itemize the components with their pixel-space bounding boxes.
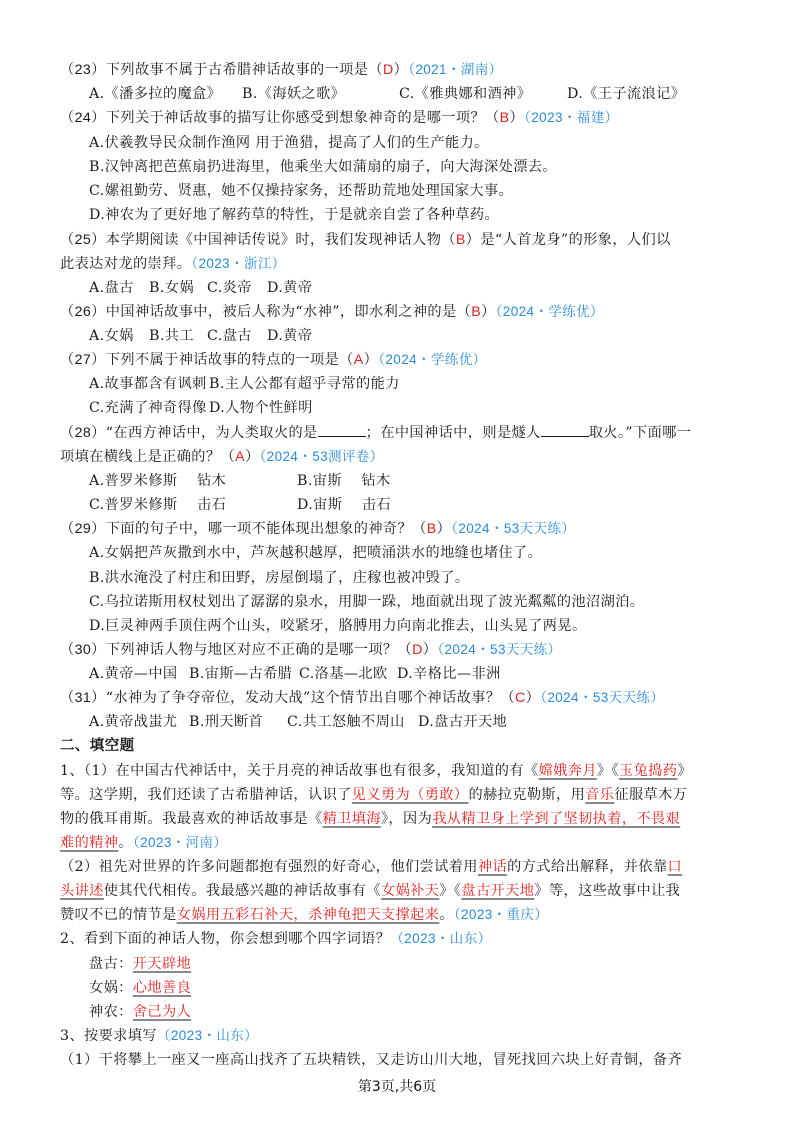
fill-item-shennong: 神农：舍己为人 <box>89 1000 742 1024</box>
question-25-cont: 此表达对龙的崇拜。（2023・浙江） <box>60 252 742 276</box>
option-a: A.黄帝战蚩尤 <box>89 710 189 734</box>
question-stem: 3、按要求填写 <box>60 1028 157 1044</box>
question-number: （31） <box>60 690 106 706</box>
answer-choice: D <box>412 642 423 658</box>
option-c: C.共工怒触不周山 <box>287 710 418 734</box>
source-tag: （2024・学练优） <box>496 304 604 319</box>
question-29: （29）下面的句子中，哪一项不能体现出想象的神奇？（B）（2024・53天天练） <box>60 517 742 541</box>
filled-answer: 盘古开天地 <box>461 883 534 899</box>
option-b: B.刑天断首 <box>189 710 287 734</box>
text-fragment: 的赫拉克勒斯，用 <box>468 787 585 803</box>
text-fragment: 的方式给出解释，并依靠 <box>507 859 667 875</box>
source-tag: （2021・湖南） <box>408 62 502 77</box>
question-stem: 2、看到下面的神话人物，你会想到哪个四字词语？ <box>60 931 390 947</box>
question-26: （26）中国神话故事中，被后人称为“水神”，即水利之神的是（B）（2024・学练… <box>60 300 742 324</box>
filled-answer: 女娲用五彩石补天，杀神龟把天支撑起来 <box>177 907 440 923</box>
source-tag: （2024・53测评卷） <box>260 449 384 464</box>
paren-close: ） <box>510 110 525 126</box>
fill-question-1-1-line4: 难的精神。（2023・河南） <box>60 831 742 855</box>
source-tag: （2023・河南） <box>133 835 227 850</box>
option-c: C.嫘祖勤劳、贤惠，她不仅操持家务，还帮助荒地处理国家大事。 <box>89 179 742 203</box>
option-a: A.《潘多拉的魔盒》 <box>89 82 242 106</box>
paren-close: ） <box>526 690 541 706</box>
question-stem-cont: 项填在横线上是正确的？（ <box>60 449 235 465</box>
question-stem: 下面的句子中，哪一项不能体现出想象的神奇？（ <box>106 521 427 537</box>
question-number: （24） <box>60 110 106 126</box>
paren-close: ） <box>245 449 260 465</box>
question-number: （29） <box>60 521 106 537</box>
question-stem: 本学期阅读《中国神话传说》时，我们发现神话人物（ <box>106 232 456 248</box>
question-27: （27）下列不属于神话故事的特点的一项是（A）（2024・学练优） <box>60 348 742 372</box>
source-tag: （2023・福建） <box>524 110 618 125</box>
option-c: C.盘古 <box>207 324 267 348</box>
paren-close: ） <box>481 304 496 320</box>
filled-answer: 神话 <box>478 859 507 875</box>
option-b: B.洪水淹没了村庄和田野，房屋倒塌了，庄稼也被冲毁了。 <box>89 566 742 590</box>
answer-choice: A <box>354 352 364 368</box>
text-fragment: 》，因为 <box>381 811 432 827</box>
option-d: D.《王子流浪记》 <box>567 82 685 106</box>
question-27-options-row1: A.故事都含有讽刺 B.主人公都有超乎寻常的能力 <box>89 372 742 396</box>
text-fragment: 》《 <box>439 883 461 899</box>
answer-choice: B <box>500 110 510 126</box>
fill-question-1-2-line2: 头讲述使其代代相传。我最感兴趣的神话故事有《女娲补天》《盘古开天地》等，这些故事… <box>60 879 742 903</box>
option-c: C.洛基—北欧 <box>299 662 397 686</box>
answer-choice: B <box>471 304 481 320</box>
text-fragment: 》 <box>677 763 692 779</box>
option-b: B.宙斯 钻木 <box>297 469 391 493</box>
option-d: D.黄帝 <box>267 324 312 348</box>
filled-answer: 开天辟地 <box>133 956 191 972</box>
question-30-options: A.黄帝—中国 B.宙斯—古希腊 C.洛基—北欧 D.辛格比—非洲 <box>89 662 742 686</box>
question-number: （25） <box>60 232 106 248</box>
text-fragment: 征服草木万 <box>614 787 687 803</box>
filled-answer: 头讲述 <box>60 883 104 899</box>
filled-answer: 口 <box>668 859 683 875</box>
text-fragment: 赞叹不已的情节是 <box>60 907 177 923</box>
filled-answer: 玉兔捣药 <box>619 763 677 779</box>
question-number: （26） <box>60 304 106 320</box>
question-stem: “水神为了争夺帝位，发动大战”这个情节出自哪个神话故事？（ <box>106 690 515 706</box>
question-stem-after: ）是“人首龙身”的形象，人们以 <box>466 232 671 248</box>
option-a: A.伏羲教导民众制作渔网 用于渔猎，提高了人们的生产能力。 <box>89 131 742 155</box>
paren-close: ） <box>364 352 379 368</box>
filled-answer: 音乐 <box>585 787 614 803</box>
answer-choice: B <box>456 232 466 248</box>
filled-answer: 我从精卫身上学到了坚韧执着，不畏艰 <box>432 811 680 827</box>
option-d: D.宙斯 击石 <box>297 493 391 517</box>
paren-close: ） <box>437 521 452 537</box>
text-fragment: 。 <box>118 835 133 851</box>
option-b: B.宙斯—古希腊 <box>189 662 299 686</box>
option-b: B.女娲 <box>149 276 207 300</box>
filled-answer: 舍己为人 <box>133 1004 191 1020</box>
option-a: A.盘古 <box>89 276 149 300</box>
option-c: C.普罗米修斯 击石 <box>89 493 297 517</box>
text-fragment: 。 <box>439 907 454 923</box>
question-number: （23） <box>60 62 106 78</box>
filled-answer: 难的精神 <box>60 835 118 851</box>
question-30: （30）下列神话人物与地区对应不正确的是哪一项？（D）（2024・53天天练） <box>60 638 742 662</box>
option-d: D.人物个性鲜明 <box>209 396 313 420</box>
option-a: A.普罗米修斯 钻木 <box>89 469 297 493</box>
source-tag: （2023・山东） <box>157 1028 258 1043</box>
question-stem-part3: 取火。”下面哪一 <box>589 425 692 441</box>
source-tag: （2024・53天天练） <box>437 642 561 657</box>
document-page: （23）下列故事不属于古希腊神话故事的一项是（D）（2021・湖南） A.《潘多… <box>0 0 794 1123</box>
question-23: （23）下列故事不属于古希腊神话故事的一项是（D）（2021・湖南） <box>60 58 742 82</box>
filled-answer: 精卫填海 <box>323 811 381 827</box>
fill-question-3-1: （1）干将攀上一座又一座高山找齐了五块精铁，又走访山川大地，冒死找回六块上好青铜… <box>60 1048 742 1072</box>
option-a: A.黄帝—中国 <box>89 662 189 686</box>
question-27-options-row2: C.充满了神奇得像 D.人物个性鲜明 <box>89 396 742 420</box>
fill-question-1-1-line3: 物的俄耳甫斯。我最喜欢的神话故事是《精卫填海》，因为我从精卫身上学到了坚韧执着，… <box>60 807 742 831</box>
question-stem: 下列关于神话故事的描写让你感受到想象神奇的是哪一项？（ <box>106 110 500 126</box>
section-heading-fill-in: 二、填空题 <box>60 734 742 758</box>
fill-item-pangu: 盘古：开天辟地 <box>89 952 742 976</box>
option-b: B.共工 <box>149 324 207 348</box>
source-tag: （2023・重庆） <box>454 907 548 922</box>
question-stem: 下列故事不属于古希腊神话故事的一项是（ <box>106 62 383 78</box>
question-stem: 下列不属于神话故事的特点的一项是（ <box>106 352 354 368</box>
option-b: B.主人公都有超乎寻常的能力 <box>209 372 400 396</box>
text-fragment: 物的俄耳甫斯。我最喜欢的神话故事是《 <box>60 811 323 827</box>
source-tag: （2024・53天天练） <box>451 521 575 536</box>
question-26-options: A.女娲 B.共工 C.盘古 D.黄帝 <box>89 324 742 348</box>
text-fragment: 》《 <box>597 763 619 779</box>
fill-blank <box>318 422 366 437</box>
answer-choice: A <box>235 449 245 465</box>
answer-choice: D <box>383 62 394 78</box>
question-28: （28）“在西方神话中，为人类取火的是；在中国神话中，则是燧人取火。”下面哪一 <box>60 421 742 445</box>
item-label: 女娲： <box>89 980 133 996</box>
question-stem: “在西方神话中，为人类取火的是 <box>106 425 318 441</box>
option-b: B.汉钟离把芭蕉扇扔进海里，他乘坐大如蒲扇的扇子，向大海深处漂去。 <box>89 155 742 179</box>
paren-close: ） <box>394 62 409 78</box>
question-25: （25）本学期阅读《中国神话传说》时，我们发现神话人物（B）是“人首龙身”的形象… <box>60 228 742 252</box>
fill-question-3: 3、按要求填写（2023・山东） <box>60 1024 742 1048</box>
filled-answer: 心地善良 <box>133 980 191 996</box>
paren-close: ） <box>423 642 438 658</box>
filled-answer: 女娲补天 <box>381 883 439 899</box>
source-tag: （2023・山东） <box>390 931 491 946</box>
question-31-options: A.黄帝战蚩尤 B.刑天断首 C.共工怒触不周山 D.盘古开天地 <box>89 710 742 734</box>
option-d: D.黄帝 <box>267 276 312 300</box>
text-fragment: 使其代代相传。我最感兴趣的神话故事有《 <box>104 883 381 899</box>
question-number: （28） <box>60 425 106 441</box>
fill-question-1-1-line2: 等。这学期，我们还读了古希腊神话，认识了见义勇为（勇敢）的赫拉克勒斯，用音乐征服… <box>60 783 742 807</box>
question-28-options-row2: C.普罗米修斯 击石 D.宙斯 击石 <box>89 493 742 517</box>
source-tag: （2023・浙江） <box>191 256 285 271</box>
option-c: C.充满了神奇得像 <box>89 396 209 420</box>
source-tag: （2024・学练优） <box>378 352 486 367</box>
fill-question-1-2-line3: 赞叹不已的情节是女娲用五彩石补天，杀神龟把天支撑起来。（2023・重庆） <box>60 903 742 927</box>
item-label: 盘古： <box>89 956 133 972</box>
question-stem: 中国神话故事中，被后人称为“水神”，即水利之神的是（ <box>106 304 471 320</box>
fill-blank <box>541 422 589 437</box>
option-b: B.《海妖之歌》 <box>242 82 399 106</box>
question-28-cont: 项填在横线上是正确的？（A）（2024・53测评卷） <box>60 445 742 469</box>
filled-answer: 见义勇为（勇敢） <box>352 787 469 803</box>
question-24: （24）下列关于神话故事的描写让你感受到想象神奇的是哪一项？（B）（2023・福… <box>60 106 742 130</box>
question-31: （31）“水神为了争夺帝位，发动大战”这个情节出自哪个神话故事？（C）（2024… <box>60 686 742 710</box>
fill-question-1-2: （2）祖先对世界的许多问题都抱有强烈的好奇心，他们尝试着用神话的方式给出解释，并… <box>60 855 742 879</box>
option-c: C.乌拉诺斯用权杖划出了潺潺的泉水，用脚一跺，地面就出现了波光粼粼的池沼湖泊。 <box>89 590 742 614</box>
answer-choice: B <box>427 521 437 537</box>
question-number: （27） <box>60 352 106 368</box>
question-stem-part2: ；在中国神话中，则是燧人 <box>366 425 541 441</box>
question-stem: （2）祖先对世界的许多问题都抱有强烈的好奇心，他们尝试着用 <box>60 859 478 875</box>
source-tag: （2024・53天天练） <box>540 690 664 705</box>
option-a: A.女娲把芦灰撒到水中，芦灰越积越厚，把喷涌洪水的地缝也堵住了。 <box>89 541 742 565</box>
fill-item-nuwa: 女娲：心地善良 <box>89 976 742 1000</box>
answer-choice: C <box>515 690 526 706</box>
text-fragment: 等。这学期，我们还读了古希腊神话，认识了 <box>60 787 352 803</box>
question-number: （30） <box>60 642 106 658</box>
option-a: A.女娲 <box>89 324 149 348</box>
fill-question-2: 2、看到下面的神话人物，你会想到哪个四字词语？（2023・山东） <box>60 927 742 951</box>
option-d: D.辛格比—非洲 <box>397 662 501 686</box>
item-label: 神农： <box>89 1004 133 1020</box>
question-stem: 下列神话人物与地区对应不正确的是哪一项？（ <box>106 642 412 658</box>
option-d: D.盘古开天地 <box>418 710 507 734</box>
question-stem: 1、（1）在中国古代神话中，关于月亮的神话故事也有很多，我知道的有《 <box>60 763 539 779</box>
question-25-options: A.盘古 B.女娲 C.炎帝 D.黄帝 <box>89 276 742 300</box>
filled-answer: 嫦娥奔月 <box>539 763 597 779</box>
fill-question-1-1: 1、（1）在中国古代神话中，关于月亮的神话故事也有很多，我知道的有《嫦娥奔月》《… <box>60 759 742 783</box>
page-number: 第3页,共6页 <box>0 1076 794 1096</box>
option-c: C.炎帝 <box>207 276 267 300</box>
option-c: C.《雅典娜和酒神》 <box>399 82 567 106</box>
option-d: D.巨灵神两手顶住两个山头，咬紧牙，胳膊用力向南北推去，山头晃了两晃。 <box>89 614 742 638</box>
option-a: A.故事都含有讽刺 <box>89 372 209 396</box>
text-fragment: 》等，这些故事中让我 <box>534 883 680 899</box>
question-23-options: A.《潘多拉的魔盒》 B.《海妖之歌》 C.《雅典娜和酒神》 D.《王子流浪记》 <box>89 82 742 106</box>
question-28-options-row1: A.普罗米修斯 钻木 B.宙斯 钻木 <box>89 469 742 493</box>
question-stem-cont: 此表达对龙的崇拜。 <box>60 256 191 272</box>
option-d: D.神农为了更好地了解药草的特性，于是就亲自尝了各种草药。 <box>89 203 742 227</box>
